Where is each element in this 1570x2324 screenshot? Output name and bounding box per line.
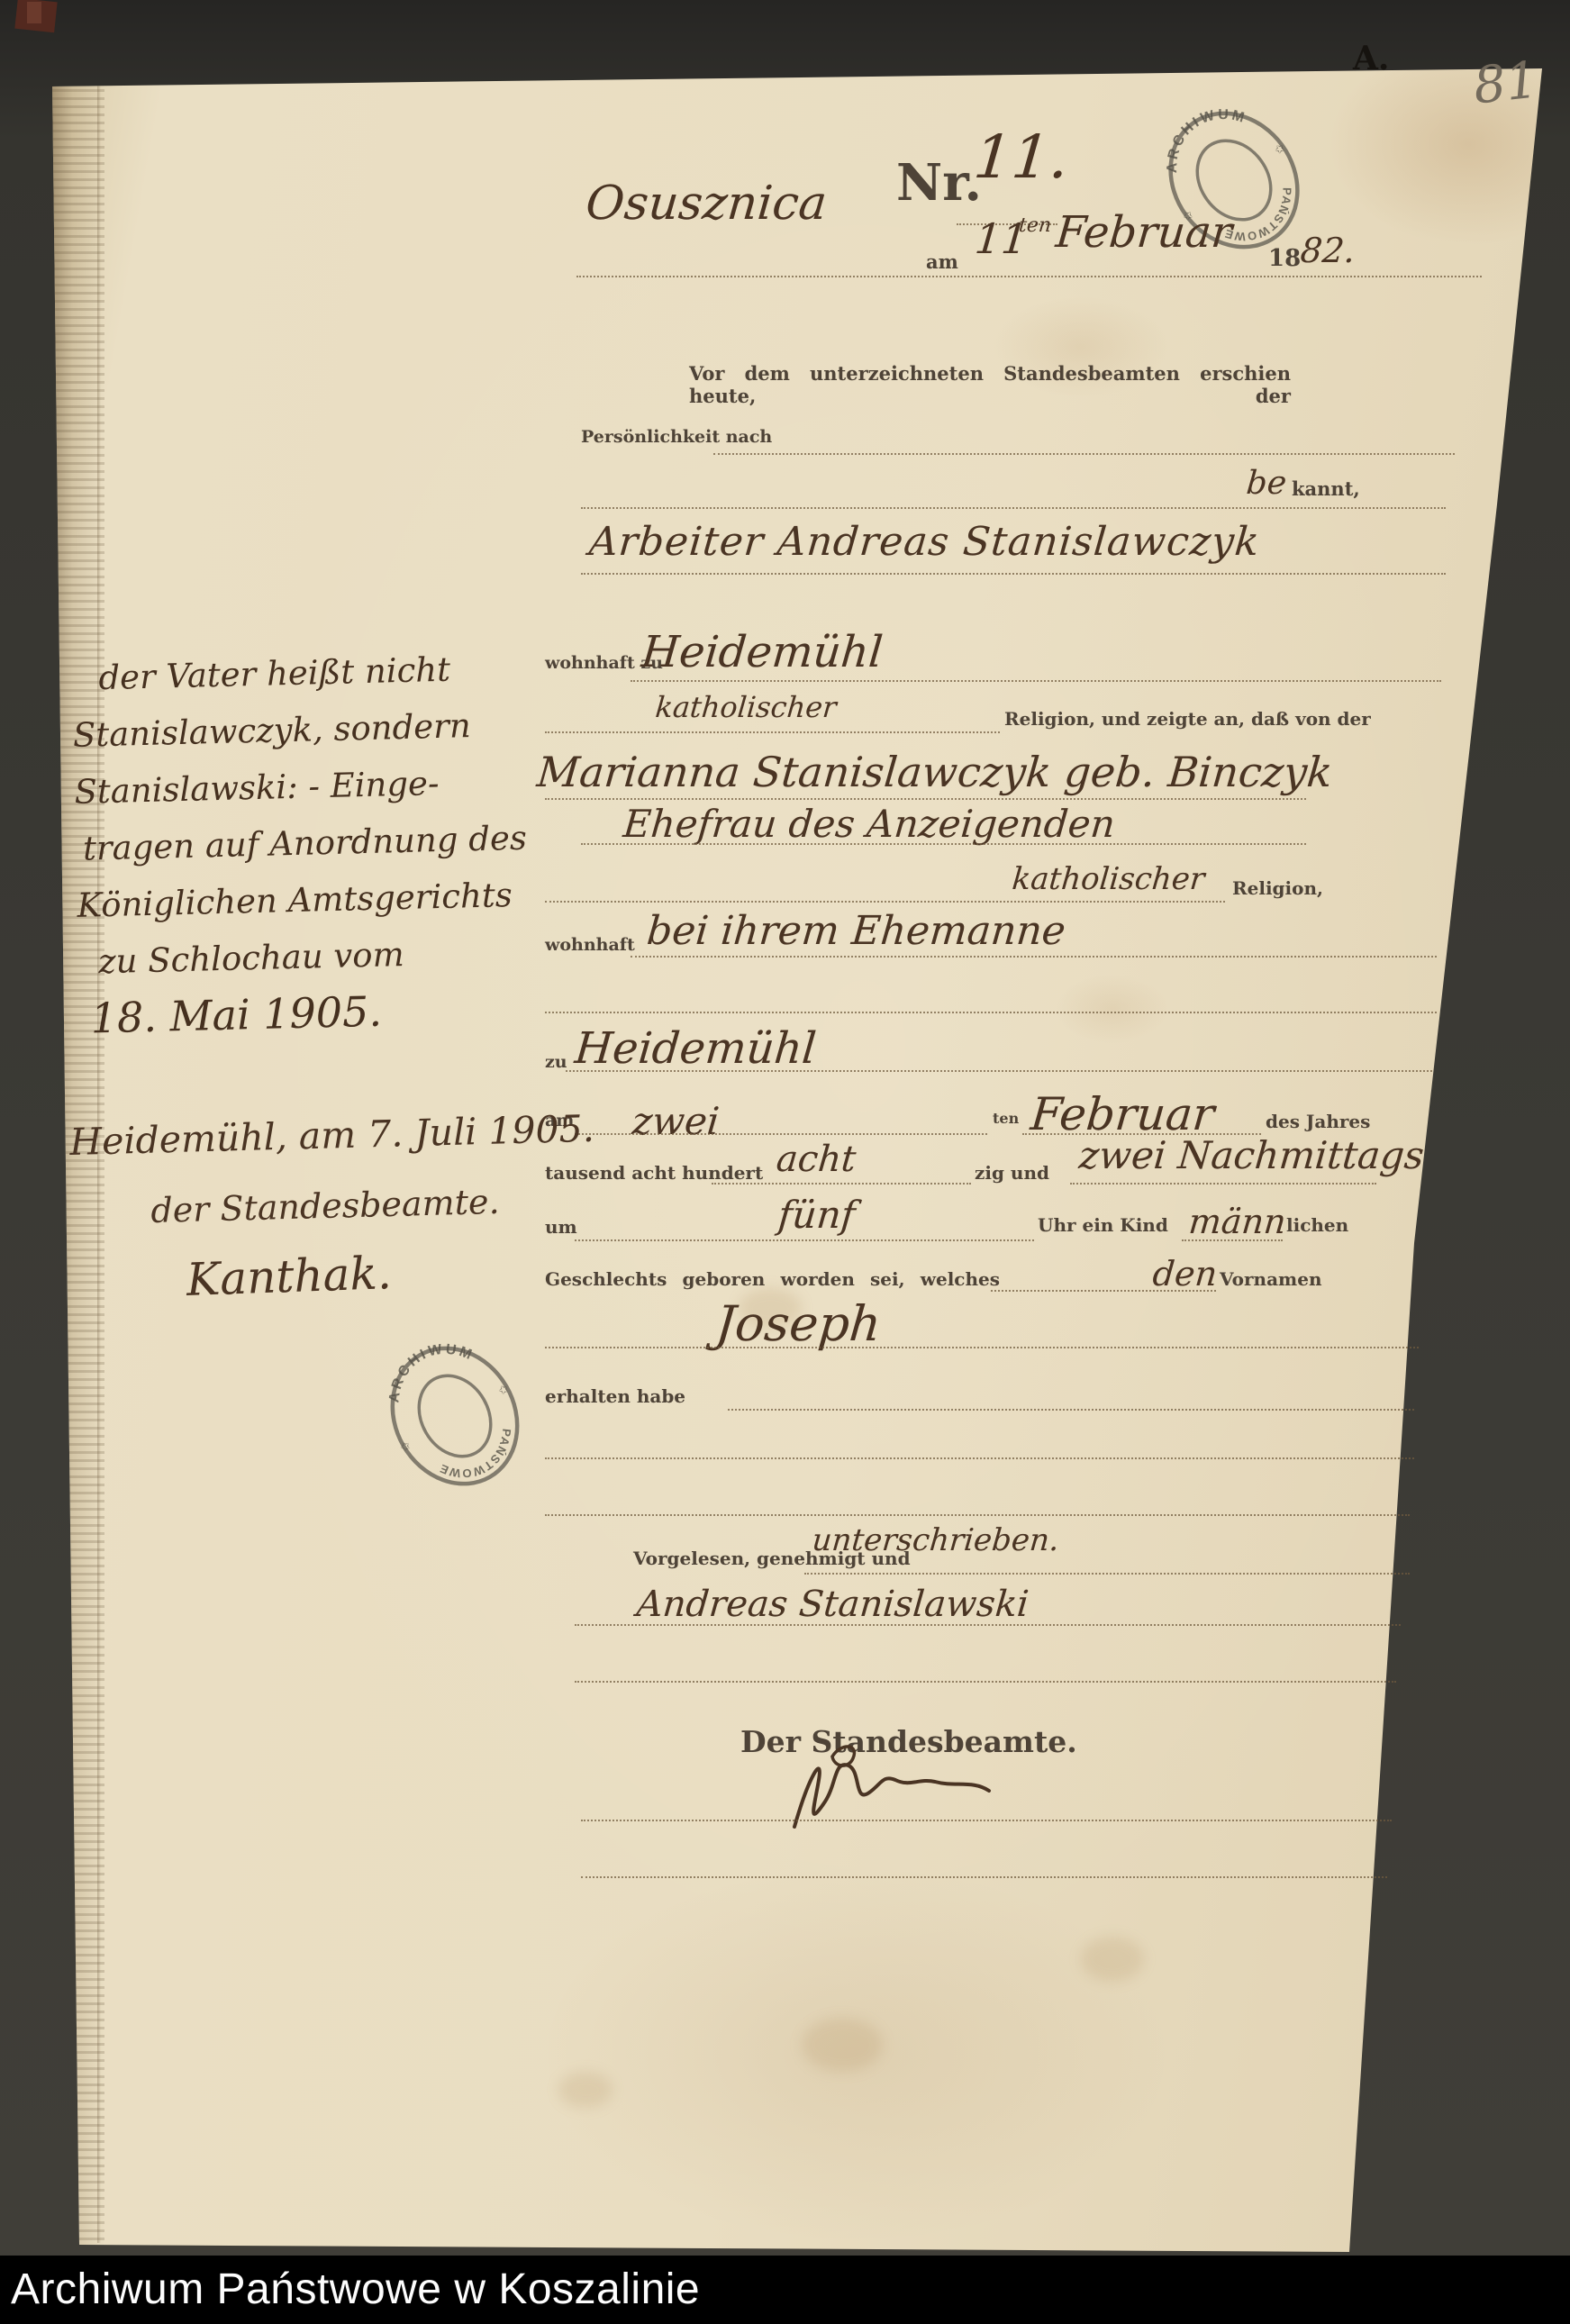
dotted-rule (545, 1012, 1437, 1013)
stamp-inner-ring (404, 1363, 504, 1469)
dotted-rule (1070, 1183, 1376, 1185)
gender-value: männ (1187, 1202, 1287, 1241)
child-name: Joseph (713, 1295, 884, 1352)
dotted-rule (728, 1409, 1414, 1411)
dotted-rule (804, 1573, 1410, 1575)
dotted-rule (991, 1290, 1216, 1292)
dotted-rule (575, 1239, 1034, 1241)
stamp-star-icon: ✩ (398, 1439, 413, 1455)
margin-correction-note: der Vater heißt nicht Stanislawczyk, son… (71, 640, 513, 1048)
declarant-name: Arbeiter Andreas Stanislawczyk (587, 519, 1262, 565)
dotted-rule (575, 1681, 1396, 1683)
signature-stroke (794, 1765, 989, 1827)
dotted-rule (566, 1070, 1432, 1072)
record-number: 11. (971, 123, 1072, 192)
religion-mother-value: katholischer (1011, 861, 1206, 897)
margin-note-line: zu Schlochau vom (97, 923, 511, 990)
birthplace-value: Heidemühl (573, 1023, 818, 1074)
dotted-rule (631, 956, 1437, 958)
margin-note-line: Stanislawczyk, sondern (72, 696, 505, 764)
book-spine-fragment (27, 2, 41, 23)
stamp-star-icon: ✩ (1272, 141, 1288, 159)
dotted-rule (581, 1820, 1392, 1821)
page-number: 81 (1471, 50, 1541, 115)
dotted-rule (581, 843, 1306, 845)
nr-label: Nr. (896, 153, 982, 213)
dotted-rule (575, 1624, 1401, 1626)
dotted-rule (1182, 1239, 1283, 1241)
um-label: um (545, 1216, 577, 1238)
margin-note-line: der Vater heißt nicht (98, 640, 504, 706)
dotted-rule (545, 1514, 1410, 1516)
year-handwritten: 82. (1299, 231, 1357, 270)
mother-role: Ehefrau des Anzeigenden (622, 802, 1117, 846)
erhalten-habe-label: erhalten habe (545, 1385, 685, 1407)
mother-name: Marianna Stanislawczyk geb. Binczyk (535, 748, 1334, 796)
margin-note-line: Königlichen Amtsgerichts (77, 867, 510, 934)
archive-caption-bar: Archiwum Państwowe w Koszalinie (0, 2256, 1570, 2324)
dotted-rule (545, 1457, 1414, 1459)
geschlechts-label: Geschlechts geboren worden sei, welches (545, 1268, 1000, 1290)
form-intro-line: Vor dem unterzeichneten Standesbeamten e… (689, 362, 1291, 407)
margin-note-signature: Kanthak. (186, 1247, 393, 1306)
kannt-label: kannt, (1292, 477, 1360, 500)
unterschrieben-handwritten: unterschrieben. (811, 1522, 1061, 1558)
paper-stain (802, 2018, 883, 2072)
vornamen-label: Vornamen (1220, 1268, 1322, 1290)
ten-label: ten (993, 1110, 1019, 1127)
scan-background: A. 81 ARCHIWUM PAŃSTWOWE ✩ ✩ Nr. 11. Osu… (0, 0, 1570, 2324)
mother-residence-value: bei ihrem Ehemanne (645, 908, 1067, 954)
uhr-ein-kind-label: Uhr ein Kind (1038, 1214, 1168, 1236)
margin-note-line: tragen auf Anordnung des (82, 810, 508, 877)
religion-zeigte-label: Religion, und zeigte an, daß von der (1004, 708, 1371, 730)
persoenlichkeit-label: Persönlichkeit nach (581, 427, 772, 447)
zig-und-label: zig und (975, 1162, 1049, 1184)
dotted-rule (631, 680, 1441, 682)
registrar-signature-flourish (782, 1738, 998, 1847)
tausend-label: tausend acht hundert (545, 1162, 763, 1184)
dotted-rule (581, 573, 1446, 575)
residence-value: Heidemühl (640, 627, 885, 677)
zu-label: zu (545, 1052, 567, 1072)
den-handwritten: den (1151, 1254, 1219, 1294)
year-units-time-value: zwei Nachmittags (1077, 1133, 1426, 1177)
dotted-rule (545, 1347, 1419, 1348)
birth-hour-value: fünf (776, 1193, 857, 1237)
year-printed: 18 (1268, 245, 1301, 272)
religion-label: Religion, (1232, 877, 1323, 899)
archive-caption-text: Archiwum Państwowe w Koszalinie (11, 2265, 700, 2314)
dotted-rule (576, 276, 1482, 277)
lichen-label: lichen (1286, 1214, 1348, 1236)
date-month: Februar (1054, 207, 1234, 258)
signature-loop (832, 1747, 854, 1766)
dotted-rule (581, 1876, 1387, 1878)
am-label: am (926, 250, 958, 273)
place-name: Osusznica (584, 177, 829, 231)
dotted-rule (575, 1133, 987, 1135)
bekannt-handwritten: be (1245, 465, 1288, 502)
declarant-signature: Andreas Stanislawski (635, 1584, 1030, 1625)
dotted-rule (713, 453, 1455, 455)
paper-stain (558, 2072, 613, 2108)
wohnhaft-label: wohnhaft (545, 935, 635, 955)
birth-day-value: zwei (631, 1099, 721, 1143)
date-ordinal: ten (1018, 214, 1052, 237)
year-decade-value: acht (775, 1139, 858, 1180)
dotted-rule (545, 731, 1000, 733)
margin-note-line: 18. Mai 1905. (90, 980, 513, 1047)
des-jahres-label: des Jahres (1266, 1111, 1370, 1132)
religion-father-value: katholischer (654, 690, 838, 724)
corner-letter: A. (1353, 40, 1389, 77)
dotted-rule (545, 901, 1225, 903)
paper-stain (1081, 1937, 1144, 1982)
dotted-rule (712, 1183, 971, 1185)
margin-note-line: Stanislawski: - Einge- (74, 753, 507, 821)
dotted-rule (545, 798, 1306, 800)
dotted-rule (581, 507, 1446, 509)
